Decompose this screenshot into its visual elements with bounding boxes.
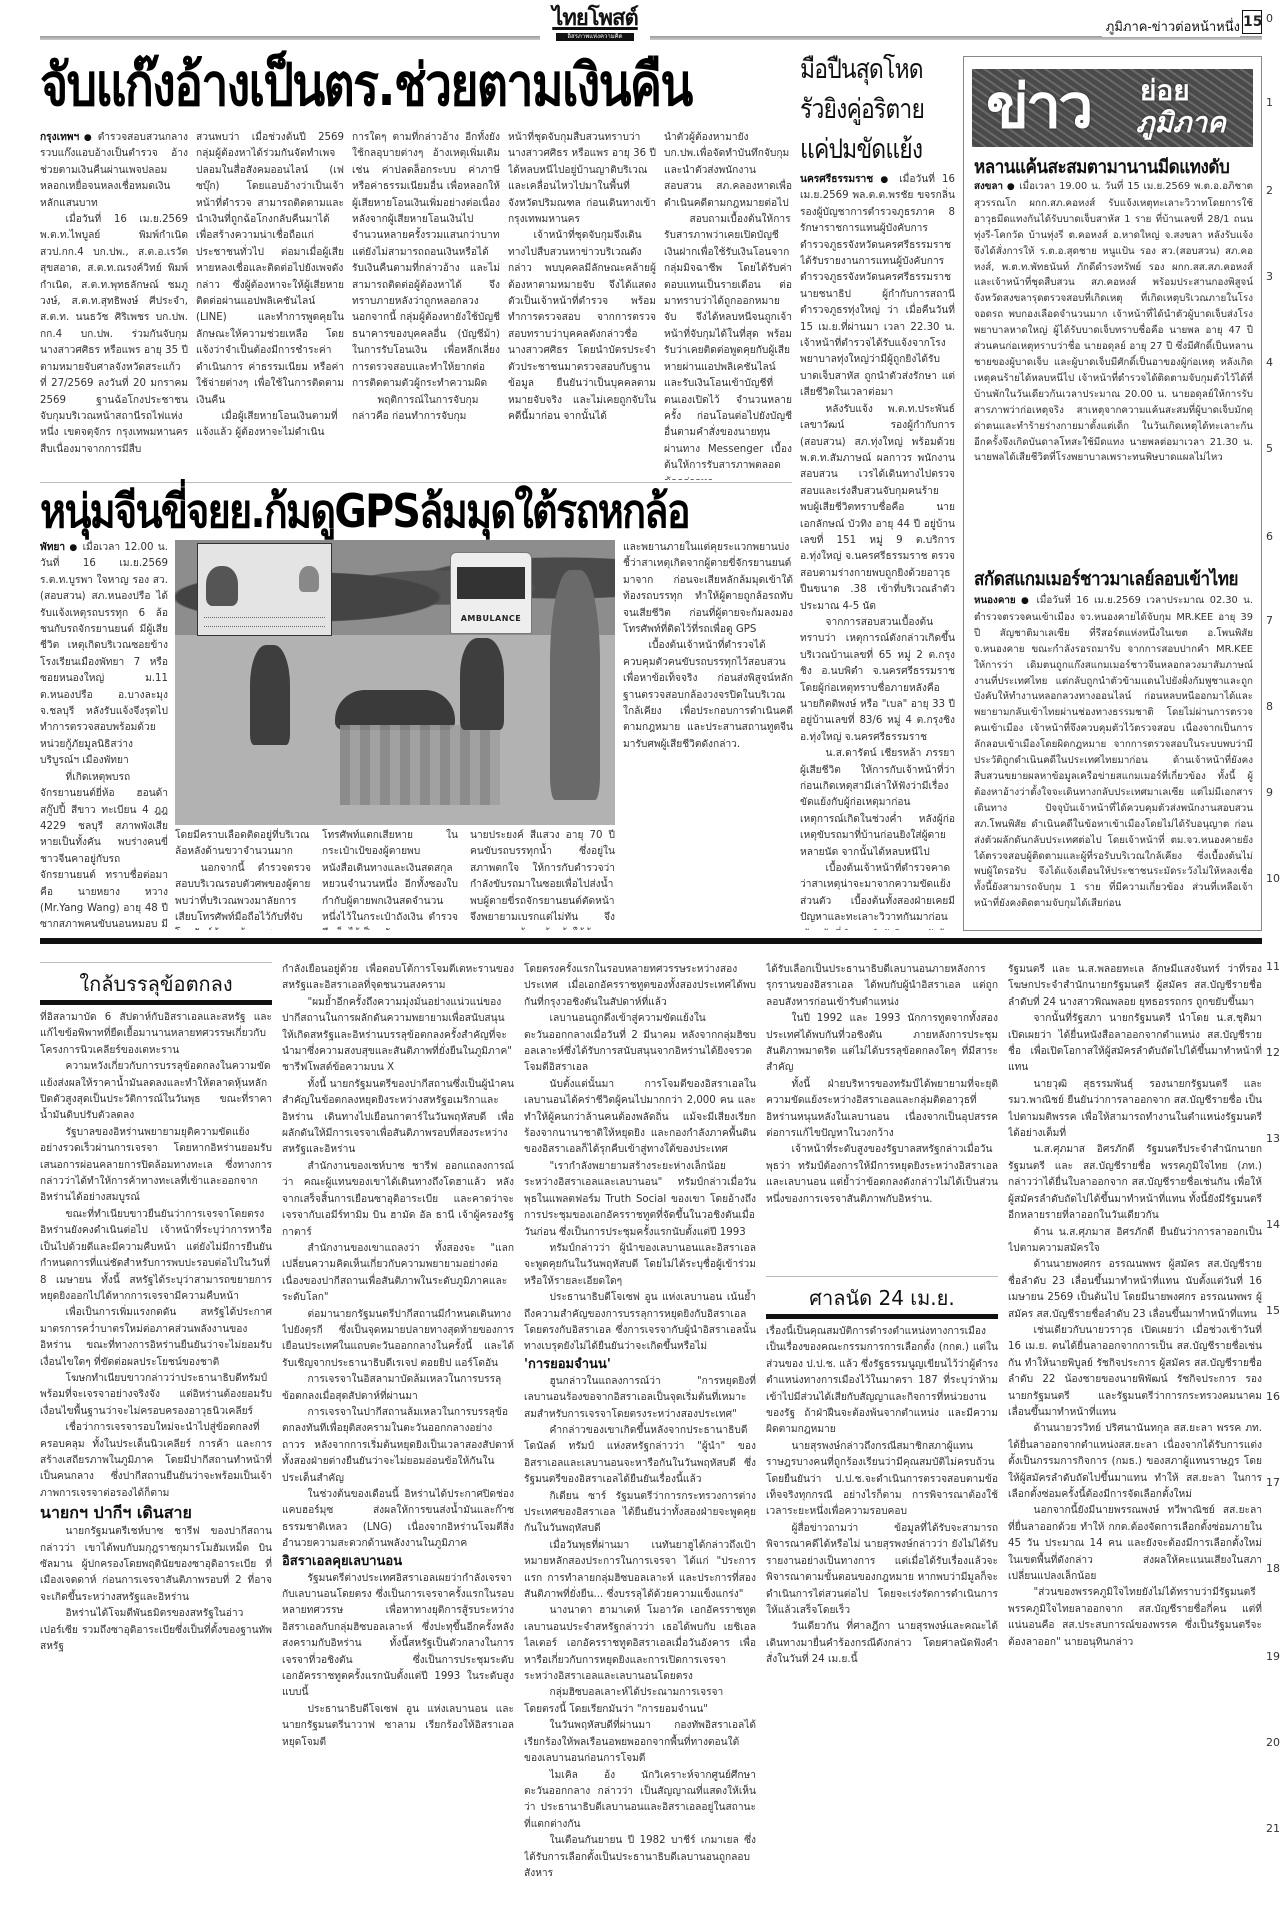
story4-text: ประธานาธิบดีโจเซฟ อูน แห่งเลบานอน เน้นย้…	[524, 1290, 756, 1356]
box2-title-rule-bottom	[766, 1314, 998, 1319]
story2-text: เบื้องต้นเจ้าหน้าที่ตำรวจคาดว่าสาเหตุน่า…	[800, 861, 955, 930]
section-divider	[40, 938, 1262, 944]
story3-text: นอกจากนี้ ตำรวจตรวจสอบบริเวณรอบตัวศพของผ…	[175, 861, 311, 930]
brief1-dateline: สงขลา	[974, 181, 1003, 192]
story4-text: ต่อมานายกรัฐมนตรีปากีสถานมีกำหนดเดินทางไ…	[282, 1307, 514, 1373]
margin-number: 11	[1266, 960, 1280, 973]
story1-col2: สวนพบว่า เมื่อช่วงต้นปี 2569 กลุ่มผู้ต้อ…	[196, 130, 344, 480]
story3-text: เบื้องต้นเจ้าหน้าที่ตำรวจได้ควบคุมตัวคนข…	[623, 638, 793, 753]
brief2-dateline: หนองคาย	[974, 595, 1016, 606]
story1-text: สอบถามเบื้องต้นให้การรับสารภาพว่าเคยเปิด…	[664, 212, 792, 480]
news-brief-banner: ข่าว ย่อย ภูมิภาค	[972, 69, 1253, 147]
story2-text: น.ส.ดารัตน์ เชียรหล้า ภรรยาผู้เสียชีวิต …	[800, 746, 955, 861]
story4-text: ในปี 1992 และ 1993 นักการทูตจากทั้งสองปร…	[766, 1011, 998, 1077]
story4-text: ทรัมป์กล่าวว่า ผู้นำของเลบานอนและอิสราเอ…	[524, 1241, 756, 1290]
brief2-title: สกัดสแกมเมอร์ชาวมาเลย์ลอบเข้าไทย	[974, 565, 1238, 594]
story3-text: และพยานภายในแต่คุยระแวกพยานบ่งชี้ว่าสาเห…	[623, 540, 793, 638]
story4-subhead: นายกฯ ปากีฯ เดินสาย	[40, 1502, 272, 1524]
bullet-icon: ●	[1007, 182, 1016, 192]
story4-text: ทั้งนี้ ฝ่ายบริหารของทรัมป์ได้พยายามที่จ…	[766, 1077, 998, 1143]
story5-text: ด้านนายวรวิทย์ ปริศนานันทกุล สส.ยะลา พรร…	[1008, 1421, 1262, 1503]
story5-text: นอกจากนี้ยังมีนายพรรณพงษ์ ทวีพาณิชย์ สส.…	[1008, 1503, 1262, 1585]
box-title: ใกล้บรรลุข้อตกลง	[40, 968, 272, 1000]
headline-line: มือปืนสุดโหด	[800, 50, 949, 90]
story3-dateline: พัทยา	[40, 542, 65, 553]
story4-subhead: อิสราเอลคุยเลบานอน	[282, 1553, 514, 1571]
story4-text: เมื่อวันพุธที่ผ่านมา เนทันยาฮูได้กล่าวถึ…	[524, 1538, 756, 1604]
rescuer-figure	[460, 638, 504, 730]
officer-figure	[550, 570, 600, 800]
story4-text: การเจรจาในอิสลามาบัดล้มเหลวในการบรรลุข้อ…	[282, 1372, 514, 1405]
story4-subhead: 'การยอมจำนน'	[524, 1356, 756, 1374]
margin-number: 13	[1266, 1132, 1280, 1145]
brief2-body: หนองคาย ● เมื่อวันที่ 16 เม.ย.2569 เวลาป…	[974, 593, 1253, 923]
banner-title: ข่าว	[986, 71, 1090, 143]
story2-body: นครศรีธรรมราช ● เมื่อวันที่ 16 เม.ย.2569…	[800, 172, 955, 930]
story4-text: ความหวังเกี่ยวกับการบรรลุข้อตกลงในความขั…	[40, 1059, 272, 1125]
margin-number: 19	[1266, 1650, 1280, 1663]
masthead-rule	[40, 36, 1262, 40]
headline-side: มือปืนสุดโหด รัวยิงคู่อริตาย แค่ปมขัดแย้…	[800, 50, 949, 170]
logo-tagline: อิสรภาพแห่งความคิด	[556, 33, 634, 41]
story5-text: น.ส.ศุภมาส อิศรภักดี รัฐมนตรีประจำสำนักน…	[1008, 1142, 1262, 1224]
brief2-text: เมื่อวันที่ 16 เม.ย.2569 เวลาประมาณ 02.3…	[974, 595, 1253, 909]
margin-number: 9	[1266, 786, 1273, 799]
story5-text: นายวุฒิ สุธรรมพันธุ์ รองนายกรัฐมนตรี และ…	[1008, 1077, 1262, 1143]
story3-col3: โทรศัพท์แตกเสียหาย ในกระเป๋าเป้ของผู้ตาย…	[322, 828, 458, 930]
story3-text: โดยมีคราบเลือดติดอยู่ที่บริเวณล้อหลังด้า…	[175, 828, 311, 861]
story2-dateline: นครศรีธรรมราช	[800, 174, 873, 185]
story5-text: เรื่องนี้เป็นคุณสมบัติการดำรงตำแหน่งทางก…	[766, 1324, 998, 1439]
story4-text: ในวันพฤหัสบดีที่ผ่านมา กองทัพอิสราเอลได้…	[524, 1718, 756, 1767]
story3-text: โทรศัพท์แตกเสียหาย ในกระเป๋าเป้ของผู้ตาย…	[322, 828, 458, 930]
story4-text: กำลังเยือนอยู่ด้วย เพื่อตอบโต้การโจมตีเต…	[282, 962, 514, 995]
margin-number: 18	[1266, 1562, 1280, 1575]
newspaper-logo: ไทยโพสต์ อิสรภาพแห่งความคิด	[540, 6, 650, 41]
story1-text: เมื่อวันที่ 16 เม.ย.2569 พ.ต.ท.ไพบูลย์ พ…	[40, 212, 188, 458]
story4-text: กิเดียน ซาร์ รัฐมนตรีว่าการกระทรวงการต่า…	[524, 1489, 756, 1538]
margin-line-numbers: 0 1 2 3 4 5 6 7 8 9 10 11 12 13 14 15 16…	[1262, 0, 1286, 1920]
story4-text: อิหร่านได้โจมตีพันธมิตรของสหรัฐในอ่าวเปอ…	[40, 1606, 272, 1655]
story4-text: เพื่อเป็นการเพิ่มแรงกดดัน สหรัฐได้ประกาศ…	[40, 1305, 272, 1371]
story5-text: รัฐมนตรี และ น.ส.พลอยทะเล ลักษมีแสงจันทร…	[1008, 962, 1262, 1011]
headline-line: แค่ปมขัดแย้ง	[800, 130, 949, 170]
section-label: ภูมิภาค-ข่าวต่อหน้าหนึ่ง	[1102, 16, 1240, 37]
bullet-icon: ●	[84, 133, 93, 143]
story4-text: ในช่วงต้นของเดือนนี้ อิหร่านได้ประกาศปิด…	[282, 1487, 514, 1553]
story5-col2: รัฐมนตรี และ น.ส.พลอยทะเล ลักษมีแสงจันทร…	[1008, 962, 1262, 1915]
margin-number: 8	[1266, 700, 1273, 713]
story5-text: นายสุรพงษ์กล่าวถึงกรณีสมาชิกสภาผู้แทนราษ…	[766, 1439, 998, 1521]
pixelated-area	[340, 725, 500, 805]
margin-number: 10	[1266, 872, 1280, 885]
brief1-body: สงขลา ● เมื่อเวลา 19.00 น. วันที่ 15 เม.…	[974, 179, 1253, 559]
story4-text: เจ้าหน้าที่ระดับสูงของรัฐบาลสหรัฐกล่าวเม…	[766, 1142, 998, 1208]
story4-text: คำกล่าวของเขาเกิดขึ้นหลังจากประธานาธิบดี…	[524, 1423, 756, 1489]
story3-col1: พัทยา ● เมื่อเวลา 12.00 น. วันที่ 16 เม.…	[40, 540, 168, 930]
passport-inset	[197, 543, 332, 636]
story4-text: รัฐบาลของอิหร่านพยายามยุติความขัดแย้งอย่…	[40, 1125, 272, 1207]
margin-number: 17	[1266, 1476, 1280, 1489]
margin-number: 16	[1266, 1390, 1280, 1403]
story1-text: นำตัวผู้ต้องหามายัง บก.ปพ.เพื่อจัดทำบันท…	[664, 130, 792, 212]
margin-number: 4	[1266, 356, 1273, 369]
story1-text: หน้าที่ชุดจับกุมสืบสวนทราบว่า นางสาวศศิธ…	[508, 130, 656, 228]
box-title-rule-top	[40, 962, 272, 963]
news-brief-box: ข่าว ย่อย ภูมิภาค หลานแค้นสะสมตามานานมีด…	[963, 56, 1262, 931]
story4-text: ที่อิสลามาบัด 6 สัปดาห์กับอิสราเอลและสหร…	[40, 1010, 272, 1059]
story4-text: นายกรัฐมนตรีเชห์บาซ ชารีฟ ของปากีสถานกล่…	[40, 1524, 272, 1606]
story1-col5: นำตัวผู้ต้องหามายัง บก.ปพ.เพื่อจัดทำบันท…	[664, 130, 792, 480]
story2-text: หลังรับแจ้ง พ.ต.ท.ประพันธ์ เลขาวัฒน์ รอง…	[800, 402, 955, 615]
masthead: ไทยโพสต์ อิสรภาพแห่งความคิด ภูมิภาค-ข่าว…	[40, 0, 1262, 44]
story4-col3: โดยตรงครั้งแรกในรอบหลายทศวรรษระหว่างสองป…	[524, 962, 756, 1915]
story4-text: ประธานาธิบดีโจเซฟ อูน แห่งเลบานอน และนาย…	[282, 1702, 514, 1751]
story4-text: กลุ่มฮิซบอลเลาะห์ได้ประณามการเจรจาโดยตรง…	[524, 1685, 756, 1718]
margin-number: 12	[1266, 1046, 1280, 1059]
story3-text: ที่เกิดเหตุพบรถจักรยานยนต์ยี่ห้อ ฮอนด้า …	[40, 770, 168, 930]
box2-title: ศาลนัด 24 เม.ย.	[766, 1282, 998, 1314]
story4-text: สำนักงานของเขาแถลงว่า ทั้งสองจะ "แลกเปลี…	[282, 1241, 514, 1307]
story4-text: โฆษกทำเนียบขาวกล่าวว่าประธานาธิบดีทรัมป์…	[40, 1371, 272, 1420]
story3-col2: โดยมีคราบเลือดติดอยู่ที่บริเวณล้อหลังด้า…	[175, 828, 311, 930]
story3-col4: นายประยงค์ สีแสวง อายุ 70 ปี คนขับรถบรรท…	[470, 828, 615, 930]
story4-text: ขณะที่ทำเนียบขาวยืนยันว่าการเจรจาโดยตรงอ…	[40, 1207, 272, 1305]
headline-second: หนุ่มจีนขี่จยย.ก้มดูGPSล้มมุดใต้รถหกล้อ	[40, 488, 689, 534]
story3-text: เมื่อเวลา 12.00 น. วันที่ 16 เม.ย.2569 ร…	[40, 542, 168, 766]
story4-text: รัฐมนตรีต่างประเทศอิสราเอลเผยว่ากำลังเจร…	[282, 1571, 514, 1702]
story5-text: ด้านนายพงศกร อรรณนพพร ผู้สมัคร สส.บัญชีร…	[1008, 1257, 1262, 1323]
rescuer-figure	[250, 645, 290, 745]
banner-subtitle-top: ย่อย	[1140, 75, 1190, 107]
story4-text: นับตั้งแต่นั้นมา การโจมตีของอิสราเอลในเล…	[524, 1077, 756, 1159]
ambulance: AMBULANCE	[450, 552, 532, 634]
headline-main: จับแก๊งอ้างเป็นตร.ช่วยตามเงินคืน	[40, 56, 692, 114]
story5-text: วันเดียวกัน ที่ศาลฎีกา นายสุรพงษ์และคณะไ…	[766, 1619, 998, 1668]
margin-number: 7	[1266, 614, 1273, 627]
story4-text: โดยตรงครั้งแรกในรอบหลายทศวรรษระหว่างสองป…	[524, 962, 756, 1011]
story4-text: "ผมย้ำอีกครั้งถึงความมุ่งมั่นอย่างแน่วแน…	[282, 995, 514, 1077]
box2-title-rule-top	[766, 1276, 998, 1277]
accident-photo: AMBULANCE	[175, 540, 615, 825]
margin-number: 3	[1266, 270, 1273, 283]
story5-text: จากนั้นที่รัฐสภา นายกรัฐมนตรี นำโดย น.ส.…	[1008, 1011, 1262, 1077]
box-title-rule-bottom	[40, 1000, 272, 1005]
motorcycle	[335, 690, 455, 730]
story1-text: การใดๆ ตามที่กล่าวอ้าง อีกทั้งยังใช้กลอุ…	[352, 130, 500, 393]
headline-line: รัวยิงคู่อริตาย	[800, 90, 949, 130]
passport-photo	[206, 566, 238, 606]
story4-text: สำนักงานของเชห์บาซ ชารีฟ ออกแถลงการณ์ว่า…	[282, 1159, 514, 1241]
story1-col1: กรุงเทพฯ ● ตำรวจสอบสวนกลางรวบแก๊งแอบอ้าง…	[40, 130, 188, 480]
margin-number: 0	[1266, 12, 1273, 25]
story4-text: ไมเคิล อ้ง นักวิเคราะห์จากศูนย์ศึกษาตะวั…	[524, 1768, 756, 1834]
story5-text: ด้าน น.ส.ศุภมาส อิศรภักดี ยืนยันว่าการลา…	[1008, 1225, 1262, 1258]
brief1-text: เมื่อเวลา 19.00 น. วันที่ 15 เม.ย.2569 พ…	[974, 181, 1253, 463]
story2-text: เมื่อวันที่ 16 เม.ย.2569 พล.ต.ต.พรชัย ขจ…	[800, 174, 955, 398]
bullet-icon: ●	[1021, 596, 1031, 606]
margin-number: 20	[1266, 1736, 1280, 1749]
story3-col5: และพยานภายในแต่คุยระแวกพยานบ่งชี้ว่าสาเห…	[623, 540, 793, 930]
story5-text: เช่นเดียวกับนายวราวุธ เปิดเผยว่า เมื่อช่…	[1008, 1323, 1262, 1421]
story4-text: เชื่อว่าการเจรจารอบใหม่จะนำไปสู่ข้อตกลงท…	[40, 1420, 272, 1502]
story4-text: ทั้งนี้ นายกรัฐมนตรีของปากีสถานซึ่งเป็นผ…	[282, 1077, 514, 1159]
margin-number: 6	[1266, 530, 1273, 543]
story4-text: นางนาดา ฮามาเดห์ โมอาวัด เอกอัครราชทูตเล…	[524, 1603, 756, 1685]
brief1-title: หลานแค้นสะสมตามานานมีดแทงดับ	[974, 153, 1229, 182]
margin-number: 15	[1266, 1304, 1280, 1317]
logo-name: ไทยโพสต์	[544, 6, 646, 32]
story3-text: นายประยงค์ สีแสวง อายุ 70 ปี คนขับรถบรรท…	[470, 828, 615, 930]
story4-col2: กำลังเยือนอยู่ด้วย เพื่อตอบโต้การโจมตีเต…	[282, 962, 514, 1915]
story1-text: เมื่อผู้เสียหายโอนเงินตามที่แจ้งแล้ว ผู้…	[196, 409, 344, 442]
banner-subtitle-bottom: ภูมิภาค	[1136, 107, 1226, 139]
story4-text: ในเดือนกันยายน ปี 1982 บาชีร์ เกมาเยล ซึ…	[524, 1833, 756, 1882]
story1-text: เจ้าหน้าที่ชุดจับกุมจึงเดินทางไปสืบสวนหา…	[508, 228, 656, 425]
story4-text: เลบานอนถูกดึงเข้าสู่ความขัดแย้งในตะวันออ…	[524, 1011, 756, 1077]
story4-text: ฮูนกล่าวในแถลงการณ์ว่า "การหยุดยิงที่เลบ…	[524, 1374, 756, 1423]
story1-text: พฤติการณ์ในการจับกุม กล่าวคือ ก่อนทำการจ…	[352, 393, 500, 426]
story4-text: ได้รับเลือกเป็นประธานาธิบดีเลบานอนภายหลั…	[766, 962, 998, 1011]
passport-mrz	[204, 617, 325, 627]
story5-text: "ส่วนของพรรคภูมิใจไทยยังไม่ได้ทราบว่ามีร…	[1008, 1585, 1262, 1651]
story1-col4: หน้าที่ชุดจับกุมสืบสวนทราบว่า นางสาวศศิธ…	[508, 130, 656, 480]
story2-text: จากการสอบสวนเบื้องต้นทราบว่า เหตุการณ์ดั…	[800, 615, 955, 746]
story4-text: การเจรจาในปากีสถานล้มเหลวในการบรรลุข้อตก…	[282, 1405, 514, 1487]
story5-col1: เรื่องนี้เป็นคุณสมบัติการดำรงตำแหน่งทางก…	[766, 1324, 998, 1915]
margin-number: 5	[1266, 442, 1273, 455]
margin-number: 1	[1266, 96, 1273, 109]
margin-number: 21	[1266, 1822, 1280, 1835]
story1-text: สวนพบว่า เมื่อช่วงต้นปี 2569 กลุ่มผู้ต้อ…	[196, 130, 344, 409]
newspaper-page: ไทยโพสต์ อิสรภาพแห่งความคิด ภูมิภาค-ข่าว…	[40, 0, 1262, 1920]
ambulance-window	[457, 567, 525, 599]
story1-text: ตำรวจสอบสวนกลางรวบแก๊งแอบอ้างเป็นตำรวจ อ…	[40, 132, 188, 209]
divider	[40, 482, 792, 483]
margin-number: 14	[1266, 1218, 1280, 1231]
story5-text: ผู้สื่อข่าวถามว่า ข้อมูลที่ได้รับจะสามาร…	[766, 1521, 998, 1619]
page-number: 15	[1242, 10, 1262, 34]
bullet-icon: ●	[880, 175, 892, 185]
story4-col1: ที่อิสลามาบัด 6 สัปดาห์กับอิสราเอลและสหร…	[40, 1010, 272, 1915]
passport-photo-small	[299, 566, 319, 592]
ambulance-label: AMBULANCE	[451, 614, 531, 623]
story1-dateline: กรุงเทพฯ	[40, 132, 79, 143]
margin-number: 2	[1266, 184, 1273, 197]
bullet-icon: ●	[69, 543, 78, 553]
story4-col4: ได้รับเลือกเป็นประธานาธิบดีเลบานอนภายหลั…	[766, 962, 998, 1262]
story1-col3: การใดๆ ตามที่กล่าวอ้าง อีกทั้งยังใช้กลอุ…	[352, 130, 500, 480]
story4-text: "เรากำลังพยายามสร้างระยะห่างเล็กน้อยระหว…	[524, 1159, 756, 1241]
